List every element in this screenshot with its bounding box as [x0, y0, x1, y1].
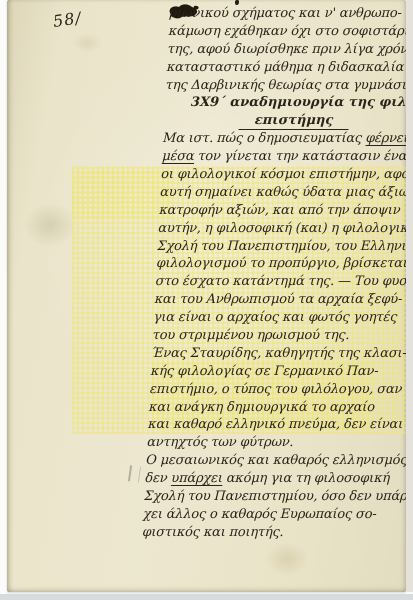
scan-edge-shadow — [0, 594, 413, 600]
manuscript-line: αυτή σημαίνει καθώς ύδατα μιας άξιων αν- — [160, 184, 406, 202]
manuscript-line: Ένας Σταυρίδης, καθηγητής της κλασι- — [151, 345, 406, 363]
paper-stain — [15, 195, 85, 255]
manuscript-line: φιστικός και ποιητής. — [142, 524, 403, 542]
manuscript-line: αντηχτός των φύτρων. — [147, 434, 406, 452]
pencil-mark — [128, 465, 141, 482]
manuscript-lines: ριωνικού σχήματος και ν' ανθρωπο-κάμωση … — [142, 5, 406, 542]
manuscript-line: επιστήμιο, ο τύπος του φιλόλογου, σαν έχ… — [149, 381, 406, 399]
manuscript-line: για είναι ο αρχαίος και φωτός γοητές — [153, 309, 406, 327]
manuscript-line: αυτήν, η φιλοσοφική (και) η φιλολογική — [158, 220, 406, 238]
manuscript-line: της Δαρβινικής θεωρίας στα γυμνάσια. — [165, 77, 406, 95]
manuscript-line: Ο μεσαιωνικός και καθαρός ελληνισμός — [146, 452, 406, 470]
manuscript-line: ριωνικού σχήματος και ν' ανθρωπο- — [169, 5, 406, 23]
manuscript-line: και καθαρό ελληνικό πνεύμα, δεν είναι — [148, 416, 406, 434]
manuscript-line: 3Χ9΄ αναδημιουργία της φιλολογικής — [164, 94, 406, 112]
paper-stain — [257, 535, 317, 583]
scanned-manuscript: { "document": { "kind": "handwritten man… — [0, 0, 413, 600]
manuscript-line: στο έσχατο κατάντημά της. — Του φυσικού — [155, 273, 406, 291]
manuscript-line: επιστήμης — [164, 112, 406, 130]
manuscript-line: μέσα τον γίνεται την κατάστασιν ένα — [162, 148, 406, 166]
manuscript-line: Μα ιστ. πώς ο δημοσιευματίας φέρνει — [163, 130, 406, 148]
manuscript-line: κάμωση εχάθηκαν όχι στο σοφιστάριν — [168, 23, 406, 41]
manuscript-line: και ανάγκη δημιουργικά το αρχαίο — [148, 399, 406, 417]
manuscript-line: κατροφήν αξιών, και από την άποψιν — [159, 202, 406, 220]
manuscript-line: χει άλλος ο καθαρός Ευρωπαίος σο- — [143, 506, 404, 524]
yellow-highlight-patch — [72, 170, 172, 218]
manuscript-line: και του Ανθρωπισμού τα αρχαία ξεφύ- — [154, 291, 406, 309]
manuscript-line: της, αφού διωρίσθηκε πριν λίγα χρόνια — [167, 41, 406, 59]
paper-stain — [67, 30, 107, 56]
manuscript-line: Σχολή του Πανεπιστημίου, του Ελληνικού — [157, 238, 406, 256]
page-number: 58/ — [52, 8, 83, 31]
manuscript-line: κατασταστικό μάθημα η διδασκαλία — [166, 59, 406, 77]
manuscript-line: φιλολογισμού το προπύργιο, βρίσκεται — [156, 255, 406, 273]
scan-edge-shadow — [406, 0, 413, 592]
manuscript-line: κής φιλολογίας σε Γερμανικό Παν- — [150, 363, 406, 381]
manuscript-line: δεν υπάρχει ακόμη για τη φιλοσοφική — [145, 470, 406, 488]
paper-sheet: 58/ ριωνικού σχήματος και ν' ανθρωπο-κάμ… — [7, 0, 406, 592]
manuscript-line: οι φιλολογικοί κόσμοι επιστήμην, αφού γί — [161, 166, 406, 184]
manuscript-line: Σχολή του Πανεπιστημίου, όσο δεν υπάρ- — [144, 488, 405, 506]
manuscript-line: του στριμμένου ηρωισμού της. — [152, 327, 406, 345]
